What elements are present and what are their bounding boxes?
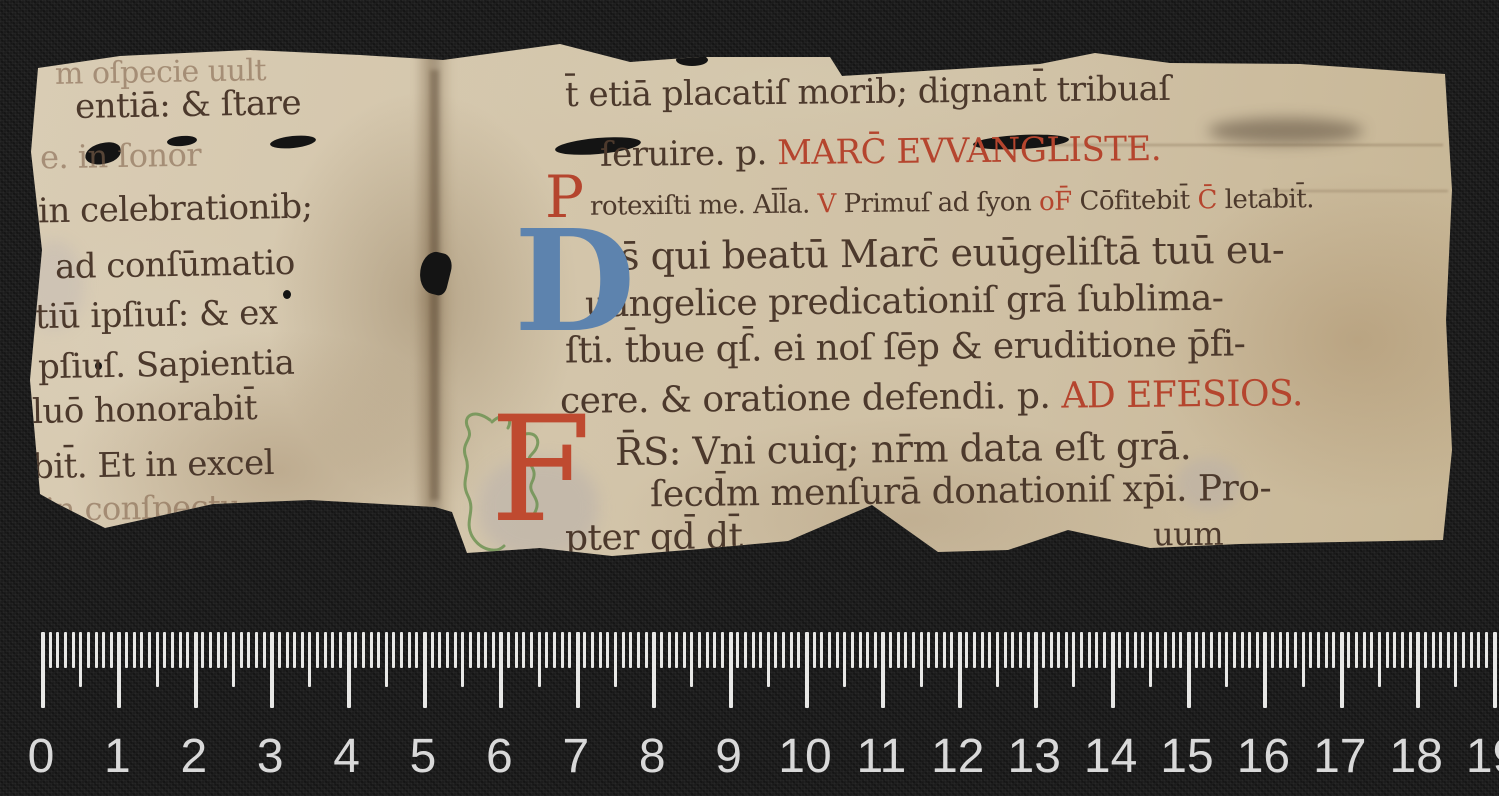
ruler-tick-mm xyxy=(133,632,136,668)
ruler-tick-mm xyxy=(981,632,984,668)
ruler-tick-mm xyxy=(301,632,304,668)
ruler-tick-mm xyxy=(1118,632,1121,668)
ruler-tick-mm xyxy=(935,632,938,668)
ruler-tick-mm xyxy=(339,632,342,668)
ruler-tick-mm xyxy=(87,632,90,668)
initial-p-red: P xyxy=(545,174,584,220)
ruler-tick-cm xyxy=(729,632,733,708)
ruler-tick-mm xyxy=(553,632,556,668)
ruler-tick-mm xyxy=(1432,632,1435,668)
ruler-tick-mm xyxy=(201,632,204,668)
text-segment: s̄ qui beatū Marc̄ euūgeliſtā tuū eu- xyxy=(620,228,1285,279)
ruler-tick-mm xyxy=(851,632,854,668)
ruler-tick-half xyxy=(1149,632,1152,687)
right-line-10: pter qd̄ dt̄ xyxy=(565,519,743,557)
ruler-tick-mm xyxy=(186,632,189,668)
ruler-tick-mm xyxy=(316,632,319,668)
ruler-tick-mm xyxy=(1332,632,1335,668)
ruler-tick-mm xyxy=(484,632,487,668)
ruler-tick-half xyxy=(308,632,311,687)
ruler-label-16: 16 xyxy=(1237,733,1290,781)
right-line-6: ſti. t̄bue qſ̄. ei noſ ſēp & eruditione … xyxy=(565,326,1246,369)
ruler-tick-mm xyxy=(110,632,113,668)
ruler-tick-cm xyxy=(1493,632,1497,708)
text-segment: pſiuſ. Sapientia xyxy=(38,343,295,387)
ruler-tick-mm xyxy=(1233,632,1236,668)
ruler-tick-mm xyxy=(866,632,869,668)
text-segment: in conſpectu xyxy=(45,487,241,528)
text-segment: ſeruire. p. xyxy=(600,133,778,175)
ruler-tick-half xyxy=(1225,632,1228,687)
left-line-3: e. in ſonor xyxy=(40,139,202,174)
ruler-tick-half xyxy=(614,632,617,687)
ruler-tick-mm xyxy=(629,632,632,668)
ruler-tick-mm xyxy=(263,632,266,668)
ruler-tick-half xyxy=(996,632,999,687)
ruler-tick-mm xyxy=(1179,632,1182,668)
left-line-6: tiū ipſiuſ: & ex xyxy=(35,296,278,334)
ruler-label-14: 14 xyxy=(1084,733,1137,781)
parchment-fragment: m oſpecie uultentiā: & ſtaree. in ſonori… xyxy=(28,40,1454,560)
ruler-label-6: 6 xyxy=(486,733,513,781)
ruler-label-12: 12 xyxy=(931,733,984,781)
ruler-tick-mm xyxy=(171,632,174,668)
ruler-tick-mm xyxy=(217,632,220,668)
ruler-tick-cm xyxy=(958,632,962,708)
ruler-tick-mm xyxy=(400,632,403,668)
ruler-tick-cm xyxy=(41,632,45,708)
ruler-tick-mm xyxy=(179,632,182,668)
ruler-tick-mm xyxy=(1470,632,1473,668)
ruler-label-11: 11 xyxy=(856,733,906,781)
ruler-tick-mm xyxy=(454,632,457,668)
ruler-label-8: 8 xyxy=(639,733,666,781)
ruler-tick-mm xyxy=(645,632,648,668)
text-segment: t̄ etiā placatiſ morib; dignant̄ tribuaſ xyxy=(565,69,1171,115)
ruler-tick-mm xyxy=(927,632,930,668)
text-segment: letabit̄. xyxy=(1224,184,1314,215)
ruler-tick-mm xyxy=(1218,632,1221,668)
ruler-tick-mm xyxy=(1202,632,1205,668)
text-segment: in celebrationib; xyxy=(38,187,313,232)
ruler-tick-mm xyxy=(859,632,862,668)
ruler-label-0: 0 xyxy=(28,733,55,781)
ruler-tick-mm xyxy=(904,632,907,668)
ruler-tick-mm xyxy=(790,632,793,668)
ruler-tick-mm xyxy=(1011,632,1014,668)
ruler-tick-mm xyxy=(224,632,227,668)
right-line-4: s̄ qui beatū Marc̄ euūgeliſtā tuū eu- xyxy=(620,231,1285,276)
ruler-tick-mm xyxy=(1393,632,1396,668)
ruler-tick-mm xyxy=(95,632,98,668)
ruler-tick-mm xyxy=(354,632,357,668)
ruler-tick-mm xyxy=(209,632,212,668)
ruler-tick-mm xyxy=(752,632,755,668)
text-segment: AD EFESIOS. xyxy=(1061,373,1303,417)
ruler-tick-mm xyxy=(278,632,281,668)
ruler-tick-mm xyxy=(675,632,678,668)
text-segment: V xyxy=(817,189,843,219)
ruler-tick-mm xyxy=(1050,632,1053,668)
left-line-10: in conſpectu xyxy=(45,490,241,525)
text-segment: ſti. t̄bue qſ̄. ei noſ ſēp & eruditione … xyxy=(565,323,1246,371)
ruler-tick-mm xyxy=(1485,632,1488,668)
ruler-tick-mm xyxy=(1409,632,1412,668)
ruler-tick-mm xyxy=(622,632,625,668)
ruler-tick-mm xyxy=(1088,632,1091,668)
left-line-7: pſiuſ. Sapientia xyxy=(38,346,295,384)
ruler-tick-cm xyxy=(1187,632,1191,708)
parchment-tear xyxy=(676,54,708,66)
ruler-tick-mm xyxy=(446,632,449,668)
ruler-tick-mm xyxy=(561,632,564,668)
text-segment: e. in ſonor xyxy=(40,136,202,177)
ruler-tick-mm xyxy=(782,632,785,668)
ruler-tick-mm xyxy=(125,632,128,668)
fold-crease xyxy=(430,70,439,500)
ruler-label-2: 2 xyxy=(180,733,207,781)
ruler-tick-mm xyxy=(1386,632,1389,668)
ruler-tick-mm xyxy=(1325,632,1328,668)
ruler-tick-half xyxy=(461,632,464,687)
ruler-tick-half xyxy=(767,632,770,687)
right-line-9: ſecd̄m menſurā donationiſ xp̄i. Pro- xyxy=(650,471,1272,514)
right-line-10b: uum xyxy=(1153,518,1223,551)
ruler-tick-mm xyxy=(522,632,525,668)
ruler-tick-mm xyxy=(950,632,953,668)
text-segment: tiū ipſiuſ: & ex xyxy=(35,293,278,337)
ruler-tick-mm xyxy=(377,632,380,668)
ruler-tick-mm xyxy=(1134,632,1137,668)
text-segment: entiā: & ſtare xyxy=(75,83,302,127)
left-line-8: luō honorabit̄ xyxy=(32,391,258,429)
ruler-tick-cm xyxy=(805,632,809,708)
ruler-tick-mm xyxy=(1195,632,1198,668)
ruler-label-18: 18 xyxy=(1389,733,1442,781)
ruler-tick-mm xyxy=(606,632,609,668)
ruler-label-15: 15 xyxy=(1160,733,1213,781)
initial-f-red: F xyxy=(490,412,591,529)
photo-stage: m oſpecie uultentiā: & ſtaree. in ſonori… xyxy=(0,0,1499,796)
ruler-tick-mm xyxy=(1057,632,1060,668)
ruler-tick-mm xyxy=(469,632,472,668)
ruler-tick-mm xyxy=(889,632,892,668)
ruler-tick-half xyxy=(1302,632,1305,687)
ruler-tick-mm xyxy=(1256,632,1259,668)
ruler-tick-mm xyxy=(415,632,418,668)
ruler-tick-cm xyxy=(423,632,427,708)
ruler-tick-cm xyxy=(1034,632,1038,708)
ruler-tick-mm xyxy=(706,632,709,668)
ruler-tick-mm xyxy=(408,632,411,668)
ruler-tick-mm xyxy=(431,632,434,668)
ruler-tick-mm xyxy=(72,632,75,668)
ruler-tick-mm xyxy=(1210,632,1213,668)
ruler-tick-mm xyxy=(1347,632,1350,668)
ruler-tick-mm xyxy=(362,632,365,668)
ruler-tick-cm xyxy=(117,632,121,708)
ruler-tick-mm xyxy=(1065,632,1068,668)
ruler-label-4: 4 xyxy=(333,733,360,781)
ruler-label-1: 1 xyxy=(104,733,131,781)
ruler-tick-mm xyxy=(1080,632,1083,668)
ruler-tick-cm xyxy=(347,632,351,708)
ruler-tick-cm xyxy=(1340,632,1344,708)
ruler-label-17: 17 xyxy=(1313,733,1366,781)
ruler-tick-mm xyxy=(736,632,739,668)
right-line-8: R̄S: Vni cuiq; nr̄m data eſt grā. xyxy=(615,427,1192,471)
ruler-tick-mm xyxy=(64,632,67,668)
initial-d-blue: D xyxy=(514,226,635,338)
ruler-tick-mm xyxy=(530,632,533,668)
ruler-tick-cm xyxy=(881,632,885,708)
ruler-label-10: 10 xyxy=(778,733,831,781)
ruler-tick-mm xyxy=(1424,632,1427,668)
ruler-tick-mm xyxy=(1103,632,1106,668)
ruler-tick-cm xyxy=(499,632,503,708)
ruler-tick-mm xyxy=(1019,632,1022,668)
ruler-tick-mm xyxy=(774,632,777,668)
ruler-tick-mm xyxy=(668,632,671,668)
ruler-tick-mm xyxy=(1462,632,1465,668)
ruler-tick-mm xyxy=(1095,632,1098,668)
ruler-tick-mm xyxy=(1126,632,1129,668)
dark-stain xyxy=(1208,118,1363,144)
right-line-7: cere. & oratione defendi. p. AD EFESIOS. xyxy=(560,376,1303,420)
text-segment: MARC̄ EVVANGLISTE. xyxy=(777,129,1161,173)
ruler-tick-mm xyxy=(163,632,166,668)
ruler-tick-mm xyxy=(820,632,823,668)
ruler-tick-half xyxy=(1378,632,1381,687)
parchment-tear xyxy=(269,134,316,151)
ruler-tick-mm xyxy=(973,632,976,668)
ruler-tick-mm xyxy=(683,632,686,668)
ruler-tick-mm xyxy=(1286,632,1289,668)
ruler-label-19: 19 xyxy=(1466,733,1499,781)
ruler-tick-half xyxy=(79,632,82,687)
ruler-tick-mm xyxy=(1439,632,1442,668)
text-segment: ſecd̄m menſurā donationiſ xp̄i. Pro- xyxy=(650,468,1272,516)
ruler-tick-half xyxy=(1454,632,1457,687)
ruler-label-3: 3 xyxy=(257,733,284,781)
ruler-tick-mm xyxy=(744,632,747,668)
ruler-tick-cm xyxy=(576,632,580,708)
ruler-tick-cm xyxy=(652,632,656,708)
ruler-tick-mm xyxy=(331,632,334,668)
right-line-2: ſeruire. p. MARC̄ EVVANGLISTE. xyxy=(600,132,1161,172)
ruler-tick-mm xyxy=(583,632,586,668)
text-segment: uangelice predicationiſ grā ſublima- xyxy=(585,278,1224,326)
left-line-2: entiā: & ſtare xyxy=(75,86,302,124)
ruler-tick-mm xyxy=(813,632,816,668)
text-segment: luō honorabit̄ xyxy=(32,388,258,432)
ruler-label-7: 7 xyxy=(562,733,589,781)
ruler-tick-cm xyxy=(1263,632,1267,708)
ruler-tick-mm xyxy=(49,632,52,668)
ruler-tick-mm xyxy=(1447,632,1450,668)
ruler-label-5: 5 xyxy=(410,733,437,781)
ruler-tick-mm xyxy=(545,632,548,668)
text-segment: uum xyxy=(1153,515,1223,554)
ruler-tick-mm xyxy=(492,632,495,668)
ruler-tick-mm xyxy=(477,632,480,668)
ruler-tick-mm xyxy=(1241,632,1244,668)
ruler-tick-mm xyxy=(1279,632,1282,668)
text-segment: ad conſūmatio xyxy=(55,243,295,287)
ruler-tick-half xyxy=(156,632,159,687)
ruler-tick-mm xyxy=(240,632,243,668)
ruler-tick-mm xyxy=(988,632,991,668)
ruler-tick-mm xyxy=(1355,632,1358,668)
ruler-tick-mm xyxy=(965,632,968,668)
text-segment: Primuſ ad ſyon xyxy=(843,187,1039,219)
ruler-tick-half xyxy=(538,632,541,687)
ruler-tick-mm xyxy=(836,632,839,668)
ruler-tick-cm xyxy=(1416,632,1420,708)
ruler-tick-mm xyxy=(1477,632,1480,668)
ruler-tick-mm xyxy=(1042,632,1045,668)
ruler-tick-mm xyxy=(370,632,373,668)
ruler-tick-mm xyxy=(1156,632,1159,668)
ruler-tick-mm xyxy=(797,632,800,668)
text-segment: R̄S: Vni cuiq; nr̄m data eſt grā. xyxy=(615,424,1192,474)
ruler-tick-mm xyxy=(392,632,395,668)
ruler-tick-mm xyxy=(591,632,594,668)
ruler-tick-half xyxy=(843,632,846,687)
ruler-tick-half xyxy=(232,632,235,687)
ruler-tick-mm xyxy=(943,632,946,668)
ruler-tick-mm xyxy=(324,632,327,668)
ruler-tick-half xyxy=(920,632,923,687)
ruler-tick-mm xyxy=(759,632,762,668)
ruler-label-9: 9 xyxy=(715,733,742,781)
ruler-tick-mm xyxy=(713,632,716,668)
ruler-tick-mm xyxy=(1294,632,1297,668)
ruler-tick-cm xyxy=(1111,632,1115,708)
ruler-tick-mm xyxy=(1172,632,1175,668)
ruler-tick-mm xyxy=(286,632,289,668)
ruler-tick-mm xyxy=(1317,632,1320,668)
parchment-hole xyxy=(283,290,291,299)
ruler-tick-mm xyxy=(897,632,900,668)
ruler-tick-mm xyxy=(102,632,105,668)
ruler-tick-mm xyxy=(828,632,831,668)
ruler-tick-mm xyxy=(698,632,701,668)
ruler-tick-half xyxy=(1072,632,1075,687)
ruler-tick-mm xyxy=(568,632,571,668)
right-line-3: rotexiſti me. Al̄l̄a. V Primuſ ad ſyon o… xyxy=(590,186,1314,220)
ruler-tick-mm xyxy=(507,632,510,668)
ruler-tick-mm xyxy=(599,632,602,668)
text-segment: C̄ xyxy=(1197,185,1224,215)
ruler-tick-mm xyxy=(247,632,250,668)
ruler-tick-mm xyxy=(1164,632,1167,668)
ruler-tick-mm xyxy=(438,632,441,668)
ruler-tick-mm xyxy=(721,632,724,668)
ruler-tick-mm xyxy=(140,632,143,668)
fold-stain xyxy=(414,50,454,518)
ruler-tick-cm xyxy=(194,632,198,708)
ruler-tick-mm xyxy=(1004,632,1007,668)
ruler-tick-half xyxy=(690,632,693,687)
right-line-5: uangelice predicationiſ grā ſublima- xyxy=(585,281,1224,324)
left-line-9: bit̄. Et in excel xyxy=(32,446,275,484)
ruler-tick-mm xyxy=(293,632,296,668)
text-segment: oF̄ xyxy=(1039,187,1080,217)
ruler-tick-mm xyxy=(637,632,640,668)
ruler-tick-mm xyxy=(912,632,915,668)
ruler-tick-mm xyxy=(56,632,59,668)
ruler-label-13: 13 xyxy=(1007,733,1060,781)
text-segment: cere. & oratione defendi. p. xyxy=(560,376,1062,422)
ruler-tick-mm xyxy=(1401,632,1404,668)
ruler-tick-mm xyxy=(1363,632,1366,668)
text-segment: pter qd̄ dt̄ xyxy=(565,516,743,559)
ruler-tick-mm xyxy=(1027,632,1030,668)
text-segment: bit̄. Et in excel xyxy=(32,443,275,487)
ruler-tick-mm xyxy=(1370,632,1373,668)
ruler-tick-mm xyxy=(515,632,518,668)
ruler-tick-mm xyxy=(148,632,151,668)
ruler-tick-mm xyxy=(1309,632,1312,668)
ruler-tick-mm xyxy=(1141,632,1144,668)
left-line-4: in celebrationib; xyxy=(38,190,313,229)
ruler-tick-half xyxy=(385,632,388,687)
ruler-tick-mm xyxy=(660,632,663,668)
text-segment: Cōfitebit̄ xyxy=(1079,185,1197,216)
right-line-1: t̄ etiā placatiſ morib; dignant̄ tribuaſ xyxy=(565,72,1171,112)
ruler-tick-mm xyxy=(874,632,877,668)
ruler-tick-mm xyxy=(1271,632,1274,668)
ruler-tick-cm xyxy=(270,632,274,708)
ruler-tick-mm xyxy=(255,632,258,668)
ruler-tick-mm xyxy=(1248,632,1251,668)
parchment-hole xyxy=(415,249,454,297)
left-line-5: ad conſūmatio xyxy=(55,246,295,284)
